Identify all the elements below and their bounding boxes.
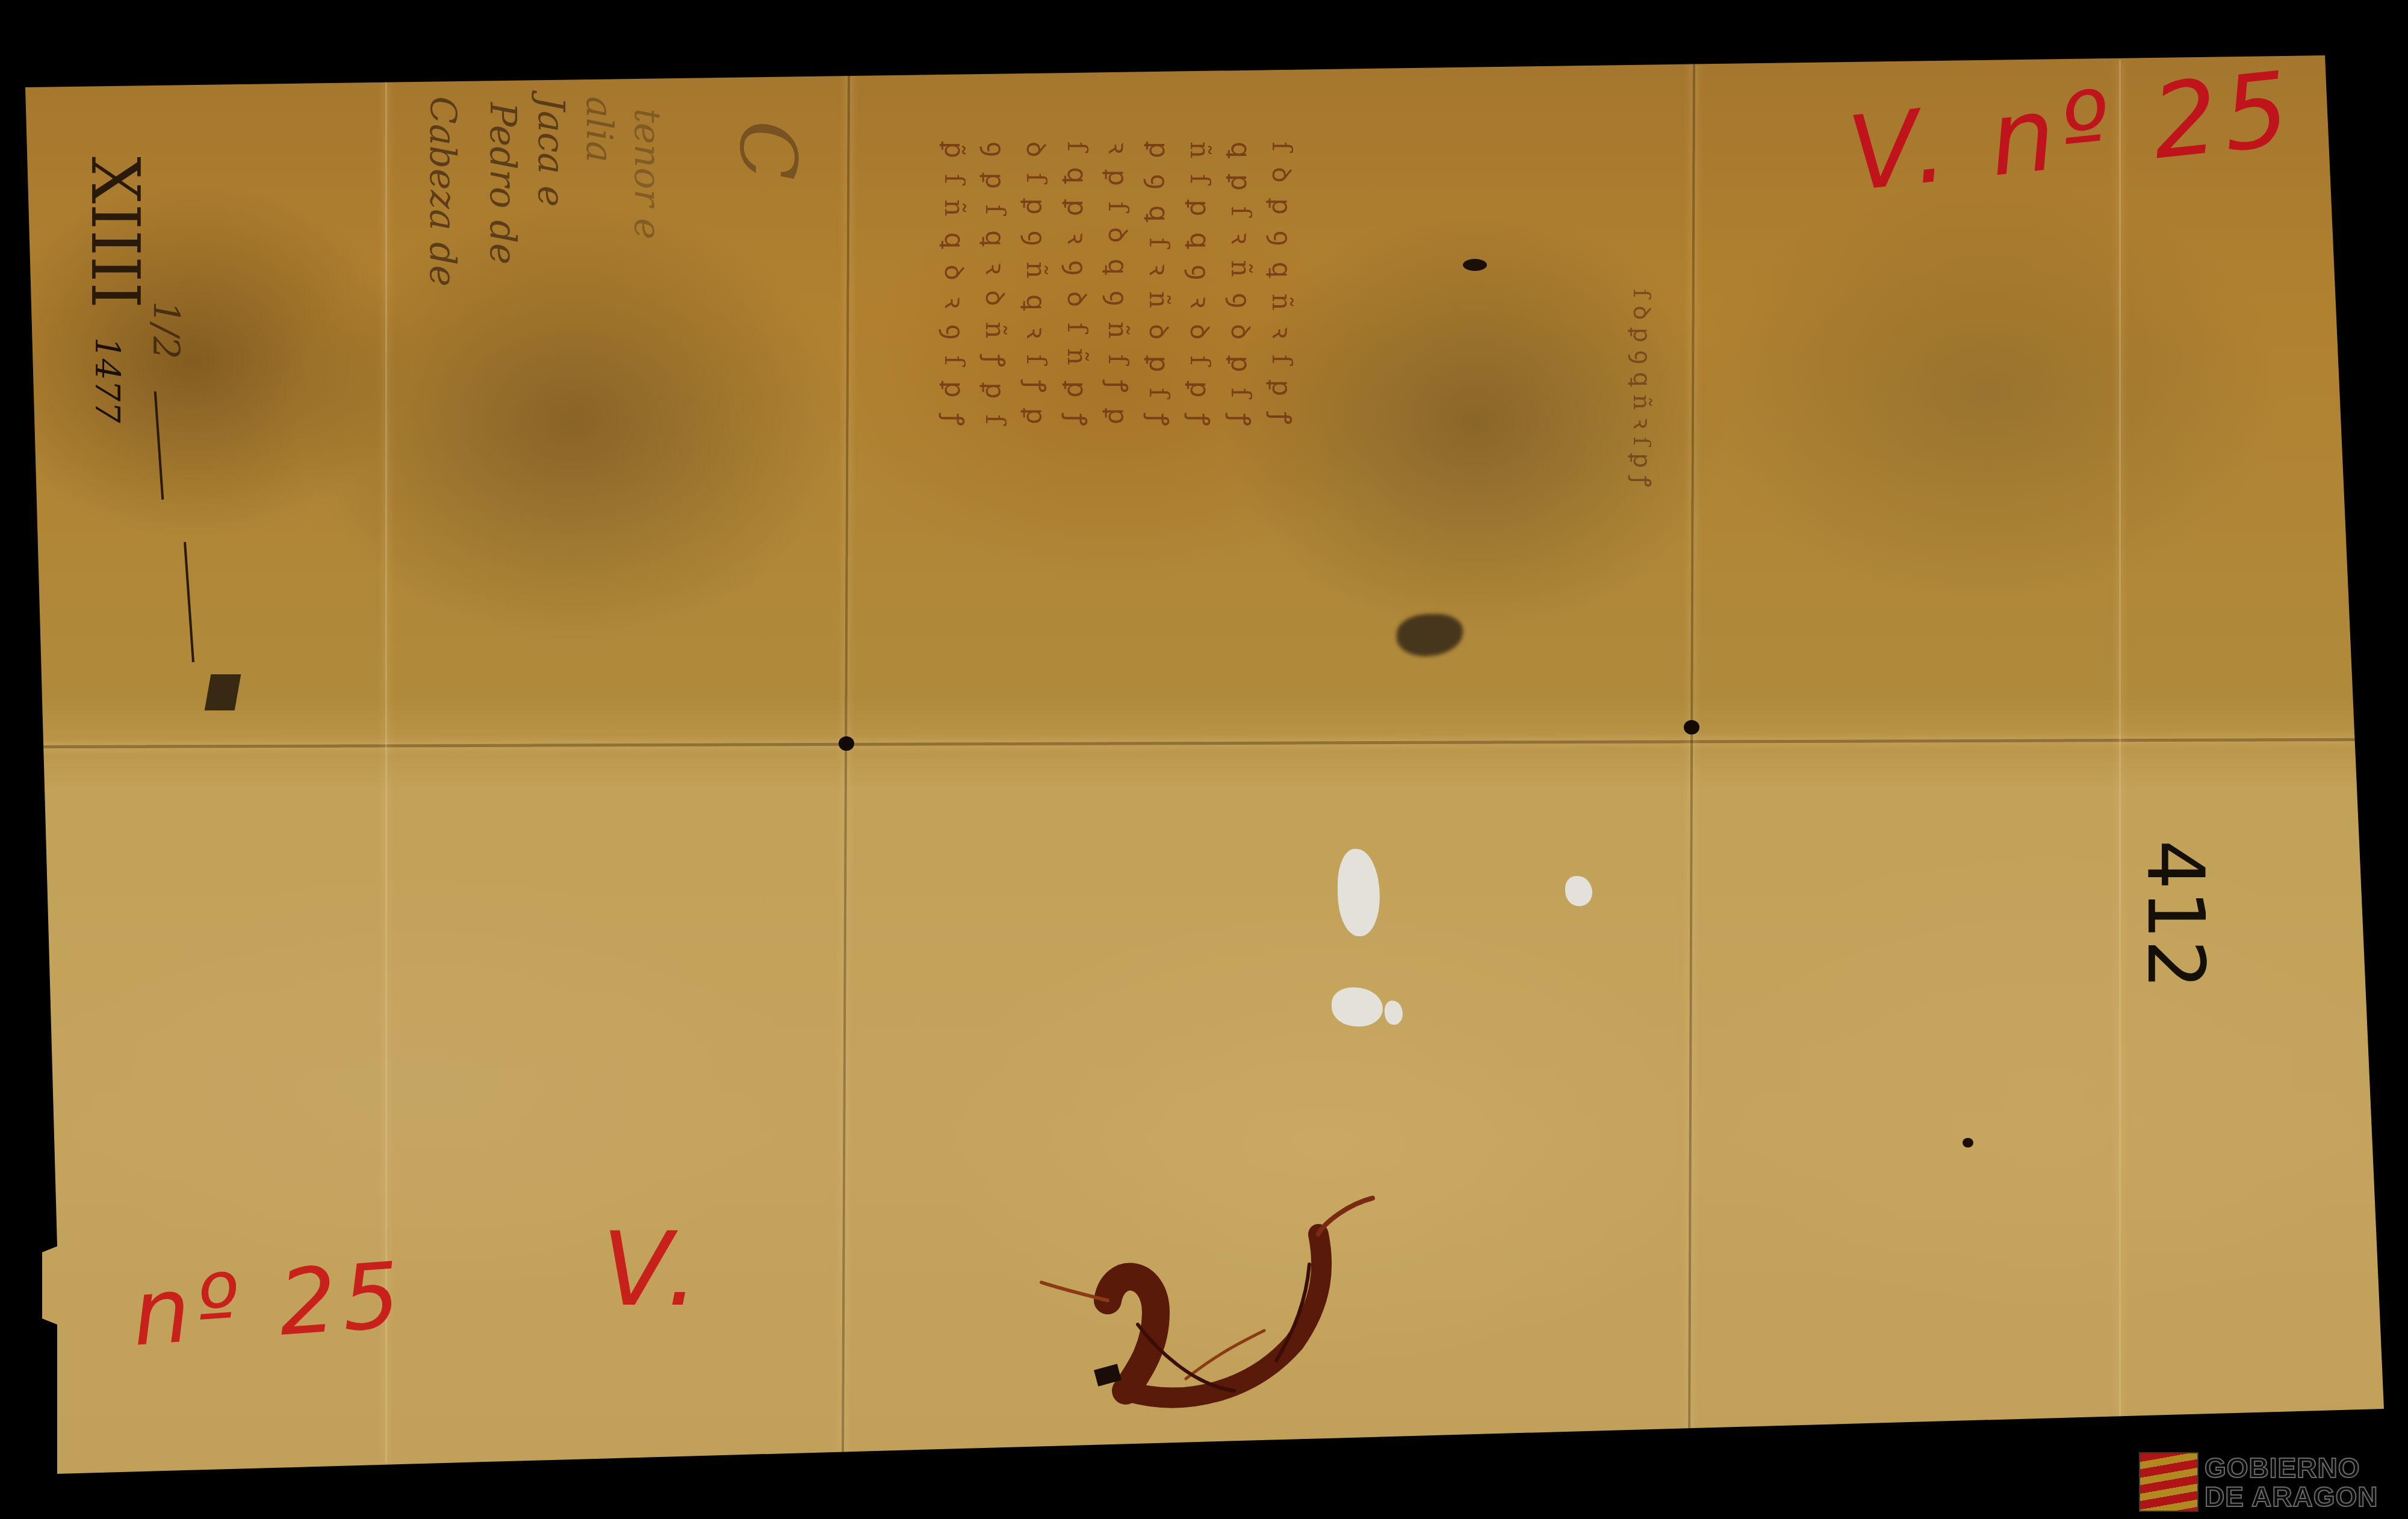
parchment-loss xyxy=(1332,987,1383,1027)
horizontal-fold xyxy=(30,738,2378,748)
cursive-note: alia xyxy=(578,96,620,163)
ink-speck xyxy=(1963,1138,1973,1148)
image-viewer: ꝑ̃ ſ ñ ꝗ ꝺ ꝛ ꝯ ſ ꝑ ꝭ ꝯ ꝑ ſ ꝗ ꝛ ꝺ ñ ꝭ ꝑ ſ… xyxy=(0,0,2408,1519)
fold-pinhole-right xyxy=(1684,720,1699,735)
fraction-note: 1/2 xyxy=(144,301,187,359)
red-annotation-top: V. nº 25 xyxy=(1843,49,2301,215)
script-line: ꝯ ꝑ ſ ꝗ ꝛ ꝺ ñ ꝭ ꝑ ſ xyxy=(977,141,1012,683)
cursive-note: Cabeza de xyxy=(421,96,464,287)
ink-speck xyxy=(1463,259,1487,271)
script-line: ñ ſ ꝑ ꝗ ꝯ ꝛ ꝺ ſ ꝑ ꝭ xyxy=(1182,141,1217,683)
parchment-loss xyxy=(1565,876,1592,906)
script-line: ſ ꝗ ꝑ ꝛ ꝯ ꝺ ſ ñ ꝑ ꝭ xyxy=(1059,141,1094,683)
parchment-loss xyxy=(1385,1001,1403,1025)
red-annotation-bottom-number: nº 25 xyxy=(129,1243,409,1366)
seal-thread-icon xyxy=(1035,1192,1421,1433)
cursive-note: Jaca e xyxy=(530,96,572,207)
red-annotation-bottom-letter: V. xyxy=(602,1210,705,1329)
script-line: ꝑ ꝯ ꝗ ſ ꝛ ñ ꝺ ꝑ ſ ꝭ xyxy=(1141,141,1176,683)
vertical-fold-left xyxy=(842,66,850,1469)
rule-line xyxy=(154,391,164,500)
parchment-sheet: ꝑ̃ ſ ñ ꝗ ꝺ ꝛ ꝯ ſ ꝑ ꝭ ꝯ ꝑ ſ ꝗ ꝛ ꝺ ñ ꝭ ꝑ ſ… xyxy=(0,0,2408,1519)
faded-text-block: ꝑ̃ ſ ñ ꝗ ꝺ ꝛ ꝯ ſ ꝑ ꝭ ꝯ ꝑ ſ ꝗ ꝛ ꝺ ñ ꝭ ꝑ ſ… xyxy=(936,141,1394,683)
watermark-line-2: DE ARAGON xyxy=(2205,1482,2378,1511)
aragon-flag-icon xyxy=(2139,1452,2199,1512)
ink-blot xyxy=(1397,614,1463,656)
cursive-note: Pedro de xyxy=(482,102,524,264)
script-line: ꝺ ſ ꝑ ꝯ ñ ꝗ ꝛ ſ ꝭ ꝑ xyxy=(1018,141,1053,683)
parchment-loss xyxy=(1338,849,1380,936)
rule-line xyxy=(184,542,194,662)
cursive-note: tenor e xyxy=(626,108,668,240)
gobierno-aragon-watermark: GOBIERNO DE ARAGON xyxy=(2139,1452,2378,1512)
script-line: ꝛ ꝑ ſ ꝺ ꝗ ꝯ ñ ſ ꝭ ꝑ xyxy=(1100,141,1135,683)
minor-crease-right xyxy=(2119,60,2121,1445)
script-line: ꝗ ꝑ ſ ꝛ ñ ꝯ ꝺ ꝑ ſ ꝭ xyxy=(1223,141,1258,683)
ink-mark xyxy=(205,674,241,710)
script-line: ſ ꝺ ꝑ ꝯ ꝗ ñ ꝛ ſ ꝑ ꝭ xyxy=(1264,141,1299,683)
vertical-fold-right xyxy=(1688,60,1695,1463)
cursive-flourish: C xyxy=(722,120,814,180)
folio-number: 412 xyxy=(2130,840,2221,989)
year-note: 1477 xyxy=(87,337,126,423)
marginal-text: ſ ꝺ ꝑ ꝯ ꝗ ñ ꝛ ſ ꝑ ꝭ xyxy=(1625,289,1659,487)
roman-numeral-note: XIIII xyxy=(76,157,154,308)
watermark-text: GOBIERNO DE ARAGON xyxy=(2205,1453,2378,1511)
watermark-line-1: GOBIERNO xyxy=(2205,1453,2378,1482)
fold-pinhole-left xyxy=(839,736,854,751)
script-line: ꝑ̃ ſ ñ ꝗ ꝺ ꝛ ꝯ ſ ꝑ ꝭ xyxy=(936,141,971,683)
